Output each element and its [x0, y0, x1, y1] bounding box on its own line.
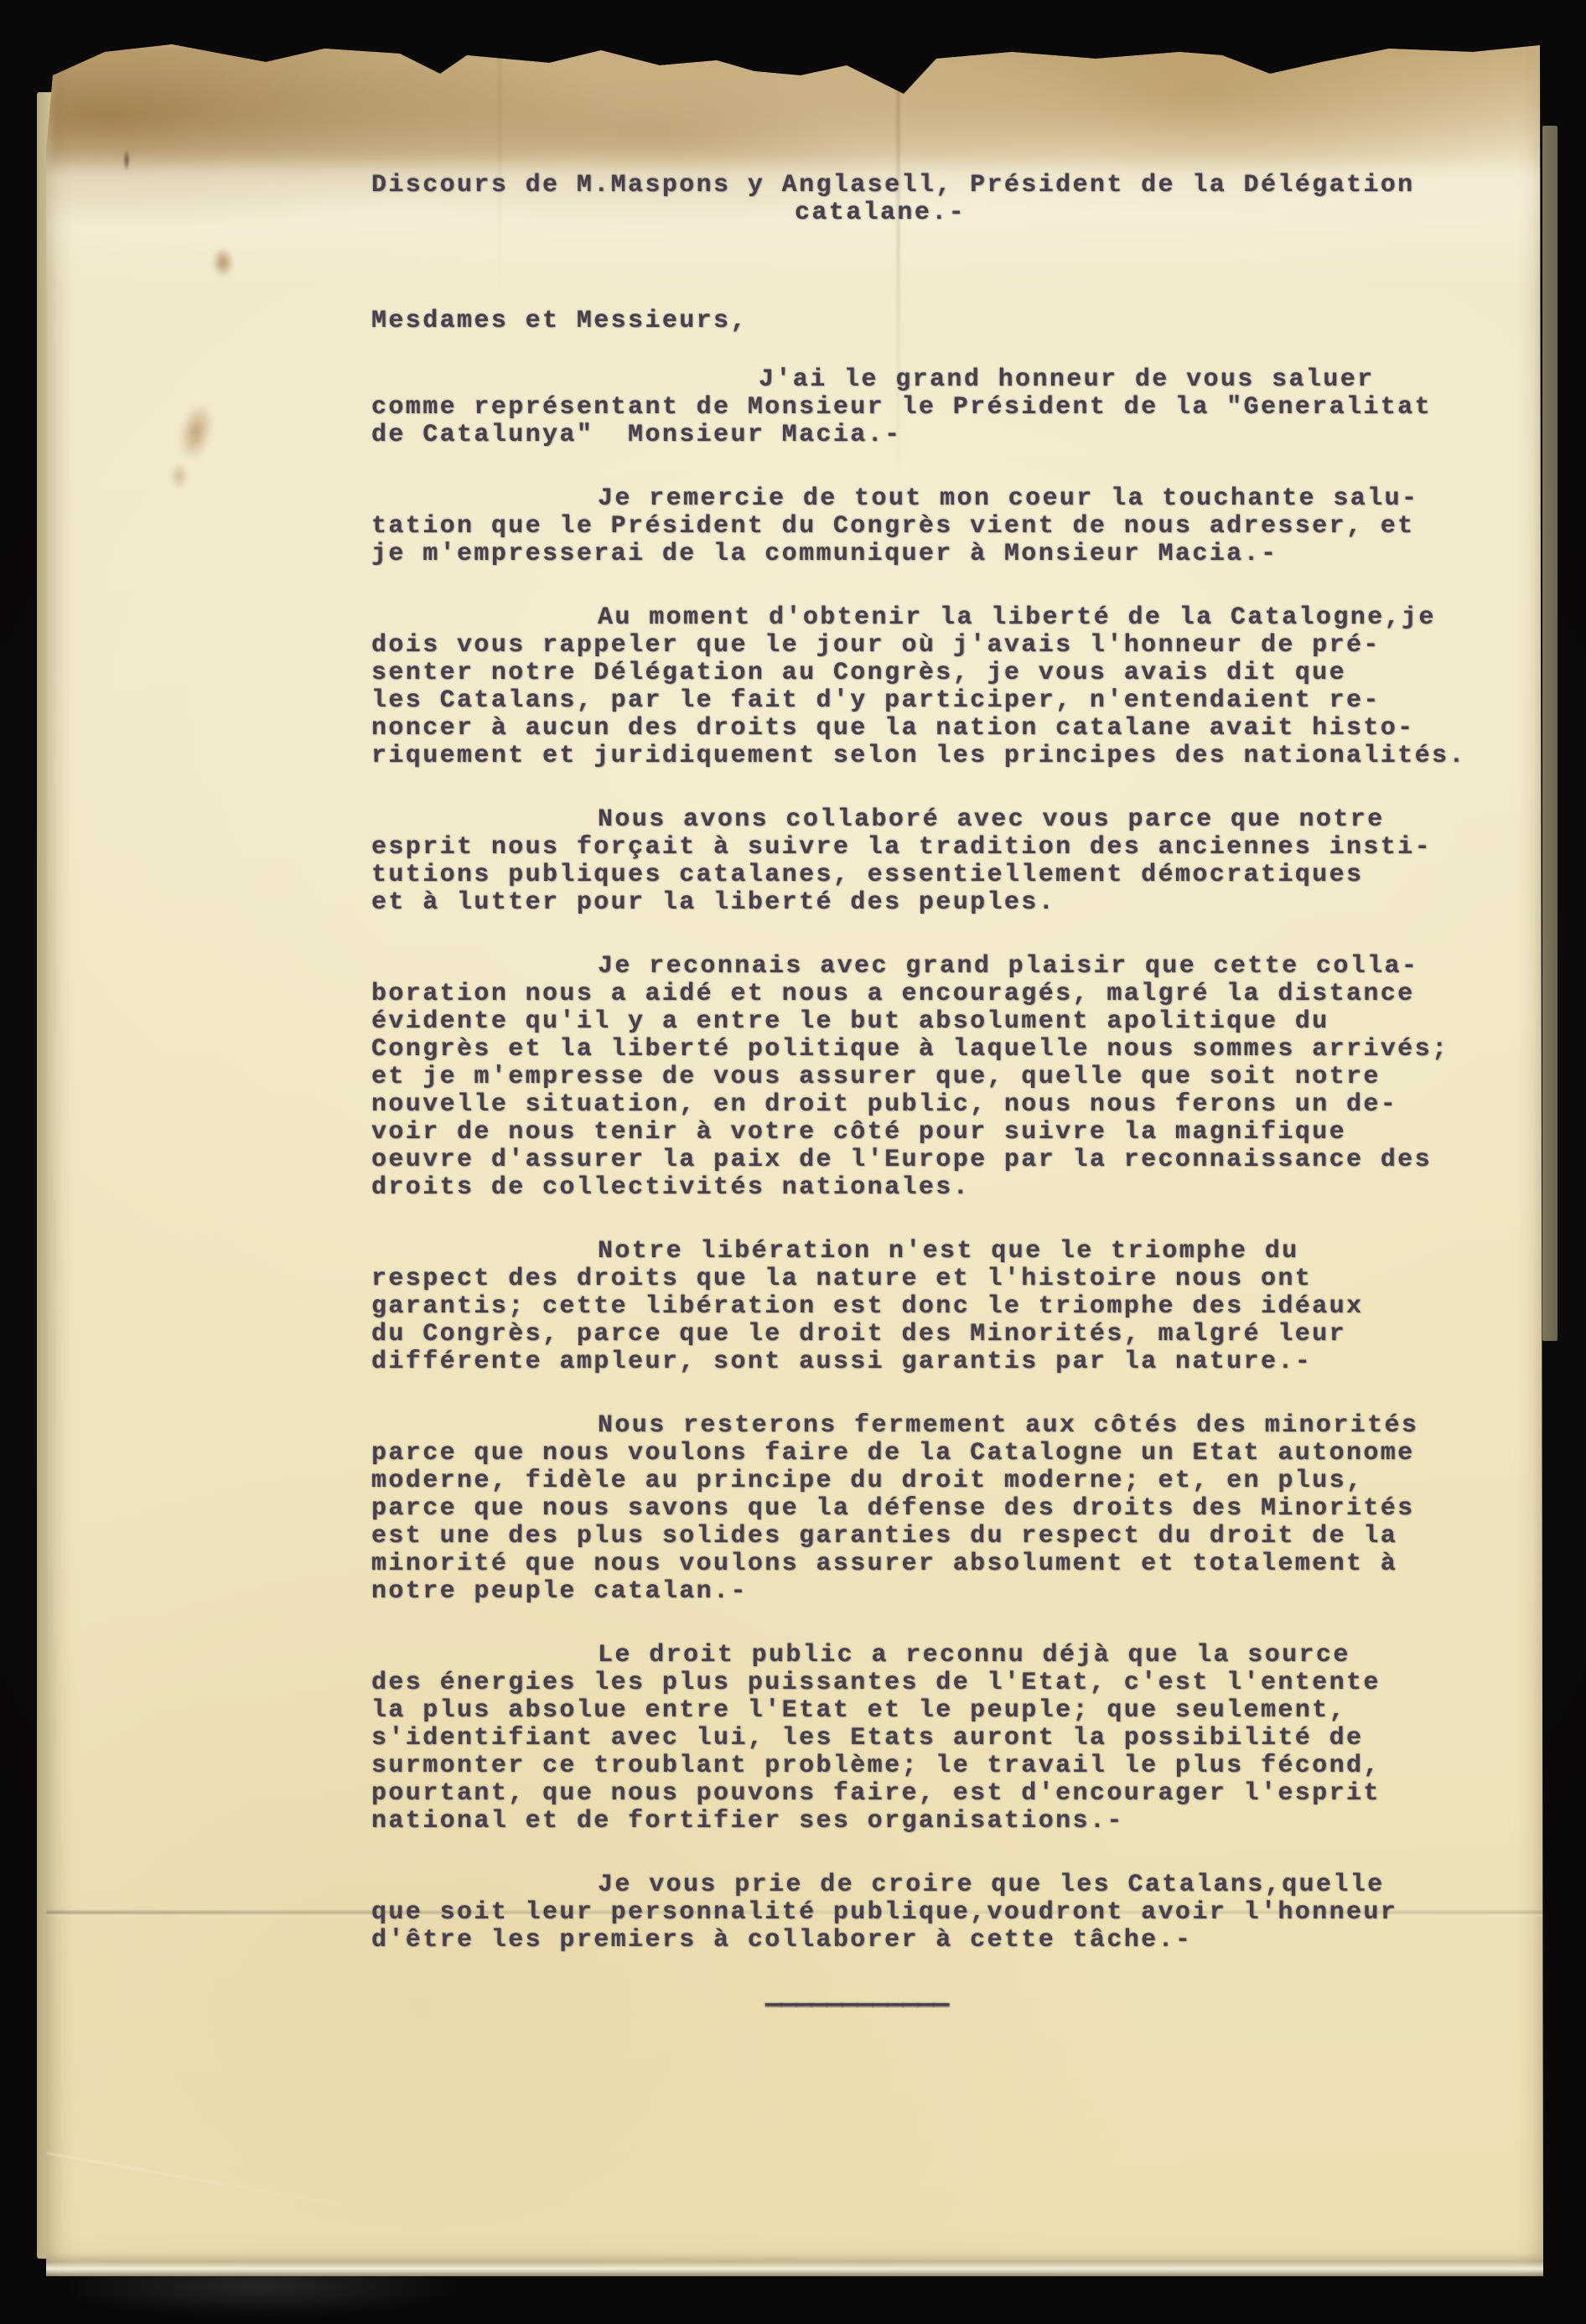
paragraph: Nous resterons fermement aux côtés des m… — [371, 1412, 1516, 1606]
text-line: que soit leur personnalité publique,voud… — [371, 1899, 1516, 1927]
text-line: surmonter ce troublant problème; le trav… — [371, 1752, 1516, 1780]
text-line: droits de collectivités nationales. — [371, 1174, 1516, 1202]
text-line: J'ai le grand honneur de vous saluer — [371, 366, 1516, 394]
text-line: Le droit public a reconnu déjà que la so… — [371, 1642, 1516, 1669]
end-separator: ———————————— — [371, 1990, 1516, 2018]
text-line: du Congrès, parce que le droit des Minor… — [371, 1321, 1516, 1348]
text-line: dois vous rappeler que le jour où j'avai… — [371, 632, 1516, 660]
text-line: nouvelle situation, en droit public, nou… — [371, 1091, 1516, 1119]
text-line: national et de fortifier ses organisatio… — [371, 1808, 1516, 1835]
text-line: senter notre Délégation au Congrès, je v… — [371, 660, 1516, 687]
text-line: minorité que nous voulons assurer absolu… — [371, 1550, 1516, 1578]
text-line: de Catalunya" Monsieur Macia.- — [371, 422, 1516, 449]
paragraph: J'ai le grand honneur de vous saluercomm… — [371, 366, 1516, 449]
text-line: Nous avons collaboré avec vous parce que… — [371, 806, 1516, 834]
text-line: voir de nous tenir à votre côté pour sui… — [371, 1119, 1516, 1146]
paragraph: Je vous prie de croire que les Catalans,… — [371, 1871, 1516, 1954]
bottom-fold-edge — [46, 2253, 1543, 2276]
text-line: garantis; cette libération est donc le t… — [371, 1293, 1516, 1321]
text-line: Congrès et la liberté politique à laquel… — [371, 1036, 1516, 1064]
text-line: parce que nous savons que la défense des… — [371, 1495, 1516, 1523]
paragraph: Notre libération n'est que le triomphe d… — [371, 1238, 1516, 1376]
text-line: esprit nous forçait à suivre la traditio… — [371, 834, 1516, 862]
document-title: Discours de M.Maspons y Anglasell, Prési… — [371, 172, 1516, 227]
text-line: tutions publiques catalanes, essentielle… — [371, 862, 1516, 889]
title-line: Discours de M.Maspons y Anglasell, Prési… — [371, 172, 1516, 199]
text-line: Je remercie de tout mon coeur la touchan… — [371, 485, 1516, 513]
text-line: et à lutter pour la liberté des peuples. — [371, 889, 1516, 917]
text-line: parce que nous voulons faire de la Catal… — [371, 1440, 1516, 1467]
typewritten-content: Discours de M.Maspons y Anglasell, Prési… — [371, 172, 1516, 2018]
under-sheet-edge-right — [1542, 126, 1557, 1341]
text-line: Notre libération n'est que le triomphe d… — [371, 1238, 1516, 1266]
text-line: Je reconnais avec grand plaisir que cett… — [371, 953, 1516, 981]
text-line: comme représentant de Monsieur le Présid… — [371, 394, 1516, 422]
paragraph: Je remercie de tout mon coeur la touchan… — [371, 485, 1516, 568]
text-line: la plus absolue entre l'Etat et le peupl… — [371, 1697, 1516, 1725]
fold-crease — [46, 2152, 402, 2217]
text-line: moderne, fidèle au principe du droit mod… — [371, 1467, 1516, 1495]
text-line: Nous resterons fermement aux côtés des m… — [371, 1412, 1516, 1440]
stain — [212, 247, 234, 277]
text-line: noncer à aucun des droits que la nation … — [371, 715, 1516, 743]
paragraph: Je reconnais avec grand plaisir que cett… — [371, 953, 1516, 1202]
text-line: oeuvre d'assurer la paix de l'Europe par… — [371, 1146, 1516, 1174]
text-line: d'être les premiers à collaborer à cette… — [371, 1927, 1516, 1954]
text-line: et je m'empresse de vous assurer que, qu… — [371, 1064, 1516, 1091]
text-line: différente ampleur, sont aussi garantis … — [371, 1348, 1516, 1376]
text-line: tation que le Président du Congrès vient… — [371, 513, 1516, 541]
paragraph: Au moment d'obtenir la liberté de la Cat… — [371, 604, 1516, 770]
text-line: des énergies les plus puissantes de l'Et… — [371, 1669, 1516, 1697]
text-line: Au moment d'obtenir la liberté de la Cat… — [371, 604, 1516, 632]
salutation: Mesdames et Messieurs, — [371, 308, 1516, 335]
text-line: boration nous a aidé et nous a encouragé… — [371, 981, 1516, 1008]
text-line: s'identifiant avec lui, les Etats auront… — [371, 1725, 1516, 1752]
text-line: pourtant, que nous pouvons faire, est d'… — [371, 1780, 1516, 1808]
text-line: est une des plus solides garanties du re… — [371, 1523, 1516, 1550]
stain — [170, 463, 189, 489]
scan-background: Discours de M.Maspons y Anglasell, Prési… — [0, 0, 1586, 2324]
stain — [174, 399, 219, 463]
paragraph: Le droit public a reconnu déjà que la so… — [371, 1642, 1516, 1835]
text-line: notre peuple catalan.- — [371, 1578, 1516, 1606]
text-line: évidente qu'il y a entre le but absolume… — [371, 1008, 1516, 1036]
text-line: les Catalans, par le fait d'y participer… — [371, 687, 1516, 715]
title-line: catalane.- — [371, 199, 1516, 227]
paragraph: Nous avons collaboré avec vous parce que… — [371, 806, 1516, 917]
text-line: respect des droits que la nature et l'hi… — [371, 1266, 1516, 1293]
document-page: Discours de M.Maspons y Anglasell, Prési… — [46, 40, 1543, 2276]
text-line: je m'empresserai de la communiquer à Mon… — [371, 541, 1516, 568]
text-line: riquement et juridiquement selon les pri… — [371, 743, 1516, 770]
text-line: Je vous prie de croire que les Catalans,… — [371, 1871, 1516, 1899]
paragraphs: J'ai le grand honneur de vous saluercomm… — [371, 366, 1516, 1954]
stain — [123, 149, 130, 171]
